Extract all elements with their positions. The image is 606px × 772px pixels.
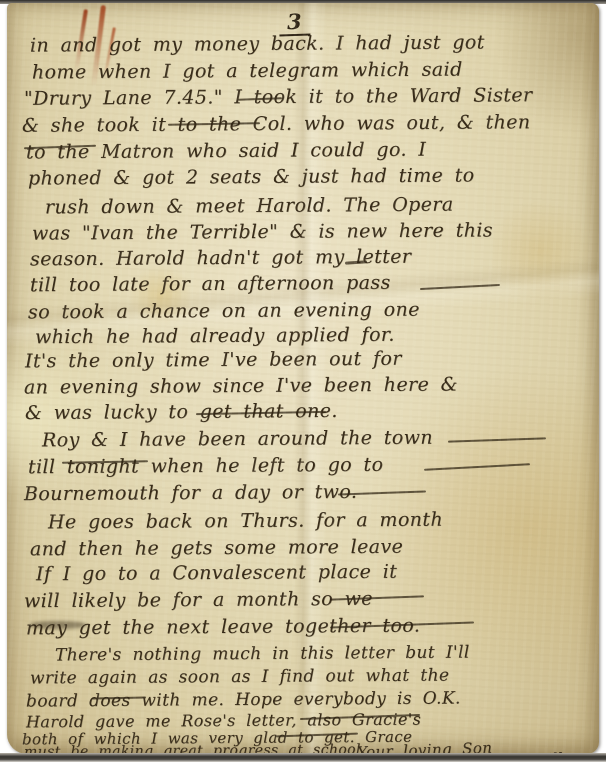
letter-line: so took a chance on an evening one xyxy=(28,299,420,324)
letter-line: He goes back on Thurs. for a month xyxy=(48,509,443,534)
pen-stroke xyxy=(448,437,546,442)
letter-line: home when I got a telegram which said xyxy=(32,58,463,83)
letter-line: If I go to a Convalescent place it xyxy=(36,561,397,586)
letter-line: an evening show since I've been here & xyxy=(24,373,458,398)
letter-line: & she took it to the Col. who was out, &… xyxy=(22,111,531,137)
letter-line: which he had already applied for. xyxy=(35,324,395,349)
letter-line: Bournemouth for a day or two. xyxy=(24,481,357,505)
letter-line: season. Harold hadn't got my letter xyxy=(30,246,412,271)
letter-line: Roy & I have been around the town xyxy=(42,427,433,452)
pen-stroke xyxy=(420,284,500,290)
letter-line: till tonight when he left to go to xyxy=(28,454,384,478)
letter-line: rush down & meet Harold. The Opera xyxy=(45,194,454,219)
letter-line: phoned & got 2 seats & just had time to xyxy=(28,164,475,189)
letter-line: till too late for an afternoon pass xyxy=(30,272,391,297)
letter-line: It's the only time I've been out for xyxy=(25,348,402,373)
pen-stroke xyxy=(424,463,530,471)
letter-scan: 3 in and got my money back. I had just g… xyxy=(0,0,606,772)
letter-line: and then he gets some more leave xyxy=(30,536,403,561)
letter-page: 3 in and got my money back. I had just g… xyxy=(7,3,599,754)
letter-line: to the Matron who said I could go. I xyxy=(26,139,426,164)
letter-line: write again as soon as I find out what t… xyxy=(30,666,450,689)
ink-smudge xyxy=(29,621,87,629)
scan-edge-bottom xyxy=(0,753,606,762)
letter-line: board does with me. Hope everybody is O.… xyxy=(26,688,461,711)
letter-line: will likely be for a month so we xyxy=(24,588,373,612)
letter-line: There's nothing much in this letter but … xyxy=(55,643,470,666)
letter-line: was "Ivan the Terrible" & is new here th… xyxy=(32,219,493,244)
letter-line: in and got my money back. I had just got xyxy=(30,31,485,56)
